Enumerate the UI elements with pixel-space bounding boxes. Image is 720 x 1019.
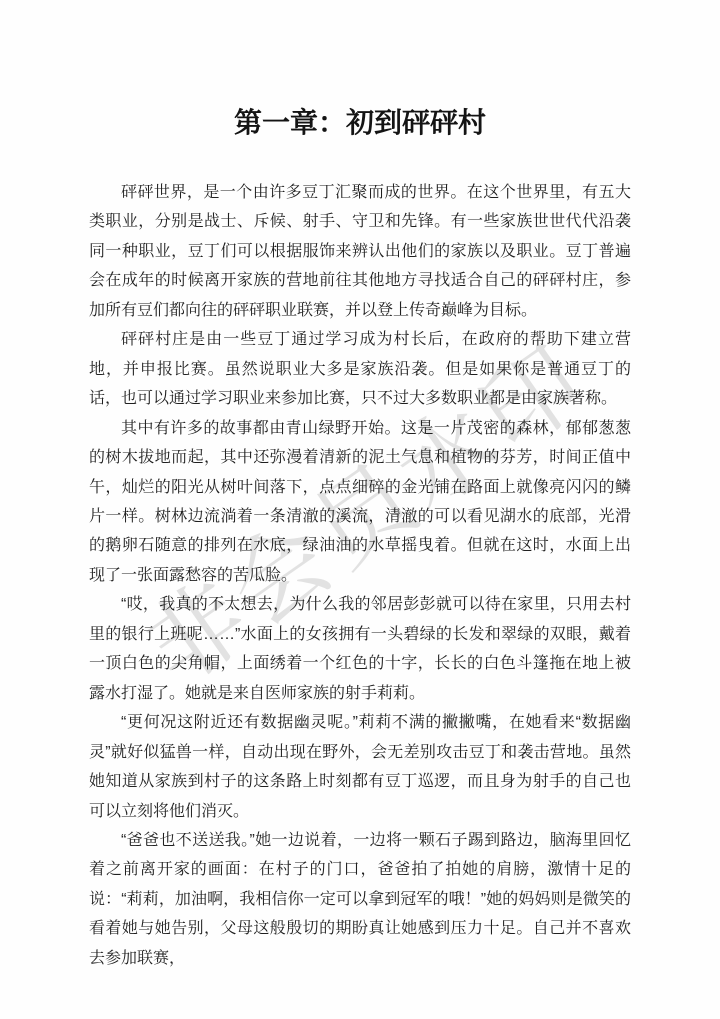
- paragraph-5: “更何况这附近还有数据幽灵呢。”莉莉不满的撇撇嘴，在她看来“数据幽灵”就好似猛兽…: [89, 708, 631, 826]
- paragraph-6: “爸爸也不送送我。”她一边说着，一边将一颗石子踢到路边，脑海里回忆着之前离开家的…: [89, 826, 631, 973]
- document-page: 非会员水印 第一章：初到砰砰村 砰砰世界，是一个由许多豆丁汇聚而成的世界。在这个…: [0, 0, 720, 1019]
- paragraph-4: “哎，我真的不太想去，为什么我的邻居彭彭就可以待在家里，只用去村里的银行上班呢……: [89, 590, 631, 708]
- document-body: 砰砰世界，是一个由许多豆丁汇聚而成的世界。在这个世界里，有五大类职业，分别是战士…: [89, 178, 631, 973]
- paragraph-3: 其中有许多的故事都由青山绿野开始。这是一片茂密的森林，郁郁葱葱的树木拔地而起，其…: [89, 414, 631, 591]
- chapter-title: 第一章：初到砰砰村: [0, 102, 720, 146]
- paragraph-1: 砰砰世界，是一个由许多豆丁汇聚而成的世界。在这个世界里，有五大类职业，分别是战士…: [89, 178, 631, 325]
- paragraph-2: 砰砰村庄是由一些豆丁通过学习成为村长后，在政府的帮助下建立营地，并申报比赛。虽然…: [89, 325, 631, 413]
